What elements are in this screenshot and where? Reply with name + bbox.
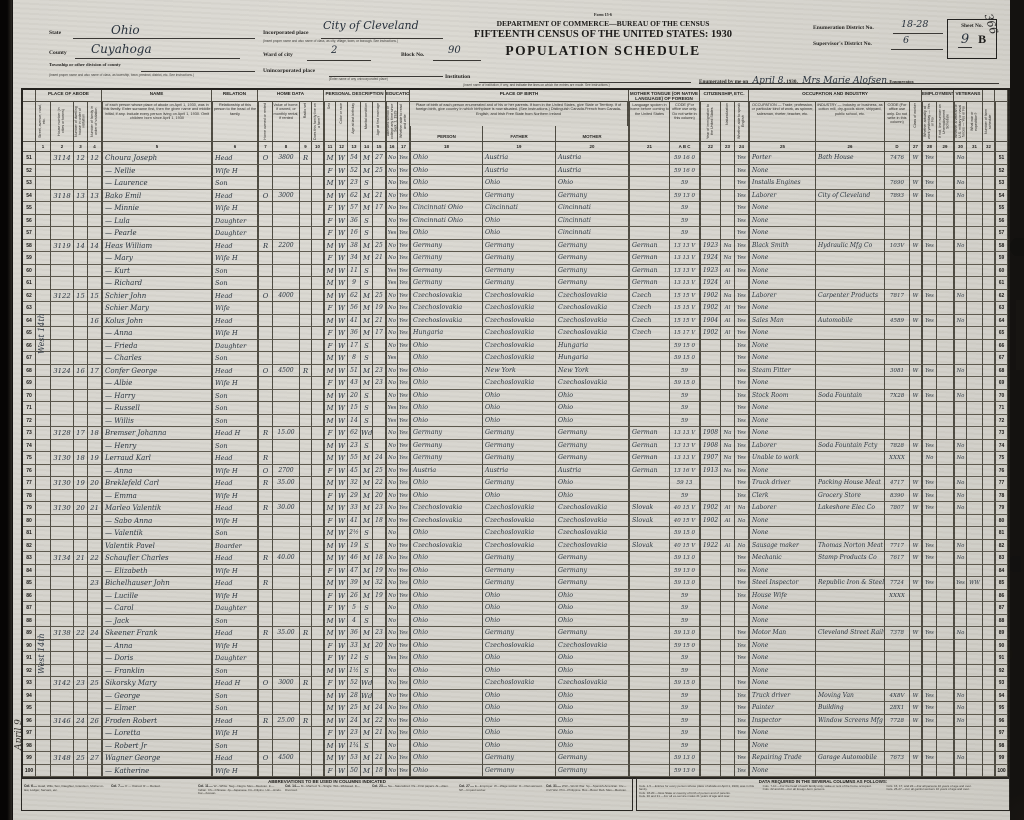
cell: — Katherine <box>102 765 212 778</box>
sd-line <box>891 48 943 50</box>
cell: — Laurence <box>102 177 212 190</box>
cell: Yes <box>398 377 410 390</box>
cell: Al <box>721 315 735 328</box>
data-required-column: Cols. 7-10.—For the head of each family … <box>763 785 884 799</box>
cell <box>629 740 670 753</box>
cell <box>258 390 273 403</box>
cell <box>967 515 983 528</box>
cell: Wife H <box>212 515 258 528</box>
cell: No <box>954 715 967 728</box>
cell: M <box>324 702 336 715</box>
cell: Yes <box>398 302 410 315</box>
cell <box>300 615 312 628</box>
cell: Germany <box>556 440 629 453</box>
cell: 83 <box>23 552 36 565</box>
cell <box>373 177 386 190</box>
cell: 59 15 0 <box>670 340 700 353</box>
cell <box>983 627 995 640</box>
cell <box>74 277 88 290</box>
cell: Al <box>721 265 735 278</box>
cell: M <box>324 752 336 765</box>
cell <box>967 627 983 640</box>
cell: Sausage maker <box>749 540 816 553</box>
cell <box>816 427 885 440</box>
cell: Czechoslovakia <box>483 515 556 528</box>
cell <box>910 427 922 440</box>
cell <box>273 302 300 315</box>
cell <box>885 277 910 290</box>
table-row: 9331422325Sikorsky MaryHead HO3000RFW52W… <box>23 677 1008 690</box>
cell: W <box>336 490 348 503</box>
cell <box>258 565 273 578</box>
cell: W <box>336 765 348 778</box>
cell: No <box>386 577 398 590</box>
cell: 3000 <box>273 190 300 203</box>
cell <box>954 377 967 390</box>
cell: 7817 <box>885 290 910 303</box>
cell: Stamp Products Co <box>816 552 885 565</box>
unincorporated-label: Unincorporated place <box>263 68 315 74</box>
cell: 71 <box>995 402 1008 415</box>
footer-legend: ABBREVIATIONS TO BE USED IN COLUMNS INDI… <box>21 777 1010 811</box>
cell: W <box>336 565 348 578</box>
cell <box>816 227 885 240</box>
cell <box>51 640 74 653</box>
abbreviations-box: ABBREVIATIONS TO BE USED IN COLUMNS INDI… <box>21 777 633 811</box>
table-row: 84— ElizabethWife HFW47M19NoYesOhioGerma… <box>23 565 1008 578</box>
cell: 25 <box>373 465 386 478</box>
scan-left-edge <box>0 0 12 820</box>
cell: W <box>910 315 922 328</box>
cell <box>312 352 324 365</box>
cell: Czechoslovakia <box>556 502 629 515</box>
cell: W <box>336 540 348 553</box>
cell: Head <box>212 502 258 515</box>
cell <box>983 390 995 403</box>
cell <box>885 602 910 615</box>
form-number: Form 15-6 <box>453 12 753 17</box>
cell <box>700 352 721 365</box>
table-row: 7931302021Marleo ValentikHeadR30.00MW33M… <box>23 502 1008 515</box>
cell: 3142 <box>51 677 74 690</box>
cell <box>721 752 735 765</box>
cell: Ohio <box>556 690 629 703</box>
cell: Ohio <box>410 677 483 690</box>
cell: None <box>749 515 816 528</box>
cell: German <box>629 440 670 453</box>
cell: 85 <box>23 577 36 590</box>
cell <box>88 665 102 678</box>
cell <box>967 277 983 290</box>
cell: Ohio <box>556 415 629 428</box>
cell <box>88 652 102 665</box>
cell <box>816 252 885 265</box>
cell: 22 <box>373 477 386 490</box>
cell <box>954 277 967 290</box>
cell: 1902 <box>700 515 721 528</box>
cell <box>51 352 74 365</box>
cell: Installs Engines <box>749 177 816 190</box>
cell: German <box>629 452 670 465</box>
cell: 19 <box>74 477 88 490</box>
cell: 17 <box>373 327 386 340</box>
cell: W <box>336 327 348 340</box>
cell <box>983 327 995 340</box>
cell: 15 15 V <box>670 302 700 315</box>
cell <box>36 477 51 490</box>
cell <box>629 340 670 353</box>
column-number: D <box>885 142 910 152</box>
cell <box>312 477 324 490</box>
cell: 88 <box>995 615 1008 628</box>
column-group: CITIZENSHIP, ETC. <box>700 90 749 102</box>
institution-label: Institution <box>445 74 470 80</box>
cell <box>300 302 312 315</box>
cell <box>312 290 324 303</box>
cell: No <box>386 365 398 378</box>
column-header: Class of worker <box>910 102 922 142</box>
cell: 18 <box>88 427 102 440</box>
cell: F <box>324 677 336 690</box>
cell <box>373 527 386 540</box>
cell: Garage Automobile <box>816 752 885 765</box>
cell: Yes <box>735 402 749 415</box>
cell: Germany <box>410 440 483 453</box>
cell: 1924 <box>700 252 721 265</box>
cell: Schier John <box>102 290 212 303</box>
cell: Breklefeld Carl <box>102 477 212 490</box>
cell <box>88 340 102 353</box>
cell: 79 <box>995 502 1008 515</box>
cell: Daughter <box>212 215 258 228</box>
cell: W <box>336 465 348 478</box>
cell: — Anna <box>102 465 212 478</box>
block-line <box>433 59 481 61</box>
cell: Marleo Valentik <box>102 502 212 515</box>
cell: No <box>954 552 967 565</box>
cell <box>300 490 312 503</box>
cell <box>51 740 74 753</box>
cell <box>273 740 300 753</box>
column-number: 29 <box>937 142 954 152</box>
cell: Germany <box>556 277 629 290</box>
cell: 63 <box>23 302 36 315</box>
cell <box>88 227 102 240</box>
cell: 54 <box>995 190 1008 203</box>
cell <box>954 727 967 740</box>
cell: 21 <box>88 502 102 515</box>
cell: Al <box>721 277 735 290</box>
cell <box>967 702 983 715</box>
cell: Head <box>212 477 258 490</box>
cell <box>373 415 386 428</box>
cell: 19 <box>373 565 386 578</box>
cell <box>300 415 312 428</box>
cell <box>816 515 885 528</box>
cell <box>983 315 995 328</box>
cell: Yes <box>398 152 410 165</box>
cell <box>88 690 102 703</box>
cell: 32 <box>348 477 361 490</box>
cell: Grocery Store <box>816 490 885 503</box>
cell: 25 <box>88 677 102 690</box>
cell: No <box>954 540 967 553</box>
cell <box>910 340 922 353</box>
cell <box>88 565 102 578</box>
cell: — Robert Jr <box>102 740 212 753</box>
cell <box>910 527 922 540</box>
cell: Wagner George <box>102 752 212 765</box>
cell <box>967 215 983 228</box>
cell: 3122 <box>51 290 74 303</box>
column-header: What war or expedition? <box>967 102 983 142</box>
cell: W <box>336 602 348 615</box>
cell: Yes <box>398 427 410 440</box>
cell: Czechoslovakia <box>483 352 556 365</box>
cell: 59 <box>670 690 700 703</box>
enumerated-date-value: April 8 <box>753 76 784 86</box>
cell: None <box>749 202 816 215</box>
cell <box>700 340 721 353</box>
cell: Yes <box>922 552 937 565</box>
cell: M <box>361 752 373 765</box>
cell <box>88 540 102 553</box>
cell: Yes <box>735 165 749 178</box>
cell: W <box>910 690 922 703</box>
cell: Head <box>212 152 258 165</box>
cell: W <box>336 627 348 640</box>
cell: No <box>386 190 398 203</box>
cell: 4717 <box>885 477 910 490</box>
column-header: Naturalization <box>721 102 735 142</box>
cell <box>629 227 670 240</box>
cell <box>629 615 670 628</box>
cell: Wife H <box>212 490 258 503</box>
cell <box>937 527 954 540</box>
cell <box>51 227 74 240</box>
cell: W <box>336 502 348 515</box>
cell <box>88 327 102 340</box>
table-row: 6231221515Schier JohnHeadO4000MW62M25NoY… <box>23 290 1008 303</box>
cell: No <box>386 602 398 615</box>
cell <box>36 402 51 415</box>
cell <box>36 215 51 228</box>
column-header: INDUSTRY — Industry or business, as cott… <box>816 102 885 142</box>
cell <box>910 377 922 390</box>
cell <box>910 765 922 778</box>
cell <box>312 765 324 778</box>
cell: Choura Joseph <box>102 152 212 165</box>
cell: W <box>910 752 922 765</box>
cell: W <box>910 390 922 403</box>
cell <box>967 440 983 453</box>
cell <box>51 615 74 628</box>
cell: 62 <box>23 290 36 303</box>
column-header: Attended school or college any time sinc… <box>386 102 398 142</box>
cell: None <box>749 602 816 615</box>
cell <box>300 177 312 190</box>
cell <box>885 515 910 528</box>
cell <box>273 515 300 528</box>
cell: 64 <box>995 315 1008 328</box>
cell <box>629 640 670 653</box>
cell: — Franklin <box>102 665 212 678</box>
cell: 4000 <box>273 290 300 303</box>
cell: Cincinnati <box>556 202 629 215</box>
column-group: EMPLOYMENT <box>922 90 954 102</box>
cell: Yes <box>735 577 749 590</box>
cell <box>74 602 88 615</box>
cell: W <box>336 690 348 703</box>
column-header: Does this family live on a farm? <box>312 102 324 142</box>
table-row: 78— EmmaWife HFW29M20NoYesOhioOhioOhio59… <box>23 490 1008 503</box>
cell <box>398 665 410 678</box>
column-group-description: Place of birth of each person enumerated… <box>410 102 628 126</box>
cell: Ohio <box>556 715 629 728</box>
cell <box>312 190 324 203</box>
cell: Na <box>721 440 735 453</box>
cell: M <box>324 540 336 553</box>
cell <box>51 415 74 428</box>
cell: Yes <box>735 440 749 453</box>
cell: 59 15 0 <box>670 377 700 390</box>
cell <box>74 515 88 528</box>
cell: Yes <box>398 690 410 703</box>
cell: M <box>361 377 373 390</box>
cell <box>88 602 102 615</box>
cell: 14 <box>74 240 88 253</box>
cell: — Elmer <box>102 702 212 715</box>
cell <box>954 465 967 478</box>
cell <box>51 465 74 478</box>
cell <box>967 565 983 578</box>
cell: Czechoslovakia <box>483 502 556 515</box>
cell: 4500 <box>273 752 300 765</box>
cell <box>700 602 721 615</box>
cell: 1902 <box>700 302 721 315</box>
cell <box>88 490 102 503</box>
cell: 59 13 0 <box>670 627 700 640</box>
cell <box>700 477 721 490</box>
cell <box>816 602 885 615</box>
cell: Ohio <box>556 615 629 628</box>
cell <box>910 227 922 240</box>
cell: Steam Fitter <box>749 365 816 378</box>
column-number: 31 <box>967 142 983 152</box>
cell <box>700 552 721 565</box>
cell <box>937 502 954 515</box>
column-header: Number of dwelling house in order of vis… <box>74 102 88 142</box>
cell <box>983 452 995 465</box>
column-number: 1 <box>36 142 51 152</box>
cell <box>983 290 995 303</box>
cell <box>300 665 312 678</box>
cell <box>721 715 735 728</box>
cell: Czechoslovakia <box>410 302 483 315</box>
cell: Head <box>212 240 258 253</box>
cell <box>721 627 735 640</box>
cell <box>700 227 721 240</box>
cell: R <box>258 477 273 490</box>
cell <box>312 402 324 415</box>
cell: M <box>324 365 336 378</box>
cell: Germany <box>556 265 629 278</box>
cell: Window Screens Mfg <box>816 715 885 728</box>
cell <box>721 227 735 240</box>
cell: No <box>386 665 398 678</box>
abbreviation-column: Col. 31.— WW—World War. Sp—Spanish-Ameri… <box>546 785 630 796</box>
cell: Czechoslovakia <box>556 515 629 528</box>
cell <box>312 615 324 628</box>
cell: Ohio <box>410 377 483 390</box>
cell <box>983 590 995 603</box>
township-line <box>141 70 255 72</box>
cell <box>258 340 273 353</box>
table-row: 8931382224Skeener FrankHeadR35.00RMW36M2… <box>23 627 1008 640</box>
column-header: CODE (For office use only. Do not write … <box>885 102 910 142</box>
cell: W <box>336 290 348 303</box>
cell: 26 <box>88 715 102 728</box>
cell: 66 <box>23 340 36 353</box>
cell: No <box>954 490 967 503</box>
cell <box>937 377 954 390</box>
cell: Germany <box>556 627 629 640</box>
cell <box>910 565 922 578</box>
cell: 95 <box>995 702 1008 715</box>
cell: Ohio <box>410 615 483 628</box>
cell <box>373 440 386 453</box>
cell <box>629 765 670 778</box>
cell: — Emma <box>102 490 212 503</box>
column-header: Year of immigration to the United States <box>700 102 721 142</box>
cell: 14 <box>348 415 361 428</box>
cell <box>74 377 88 390</box>
cell <box>735 602 749 615</box>
cell <box>258 765 273 778</box>
cell <box>700 640 721 653</box>
cell: — Mary <box>102 252 212 265</box>
cell: None <box>749 340 816 353</box>
cell: Yes <box>735 327 749 340</box>
cell <box>300 540 312 553</box>
cell: No <box>386 152 398 165</box>
cell <box>258 652 273 665</box>
cell: None <box>749 265 816 278</box>
cell <box>88 515 102 528</box>
cell <box>373 277 386 290</box>
column-header: Whether able to read and write <box>398 102 410 142</box>
cell <box>51 540 74 553</box>
cell <box>721 340 735 353</box>
cell: Yes <box>735 290 749 303</box>
cell <box>910 465 922 478</box>
cell: 59 <box>670 652 700 665</box>
state-line <box>73 37 255 39</box>
cell: S <box>361 540 373 553</box>
cell: 24 <box>74 715 88 728</box>
cell <box>937 752 954 765</box>
cell <box>300 352 312 365</box>
cell: 69 <box>995 377 1008 390</box>
cell: Yes <box>386 402 398 415</box>
cell: Son <box>212 440 258 453</box>
cell: S <box>361 415 373 428</box>
cell: Bath House <box>816 152 885 165</box>
cell: 8 <box>348 352 361 365</box>
cell <box>885 427 910 440</box>
cell <box>721 190 735 203</box>
cell: 60 <box>23 265 36 278</box>
